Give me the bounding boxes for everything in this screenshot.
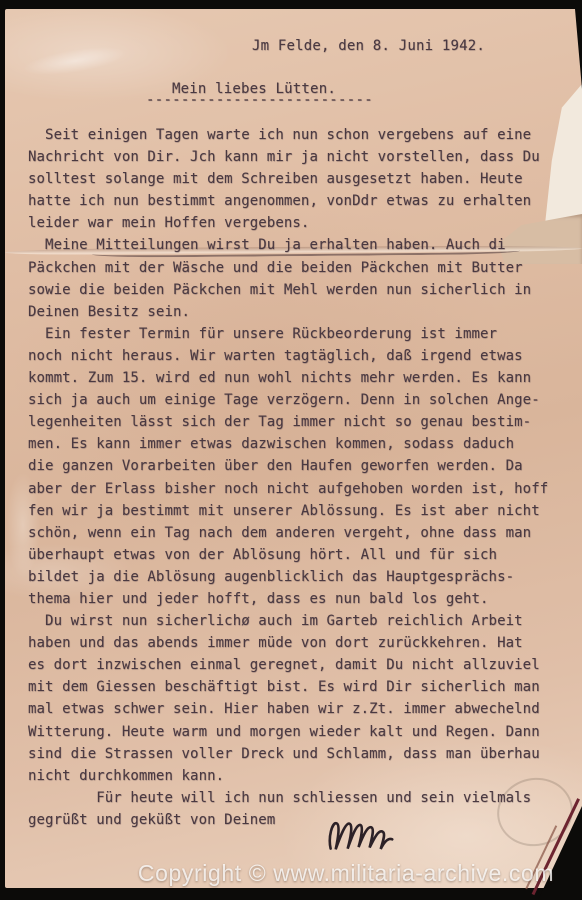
letter-line: hatte ich nun bestimmt angenommen, vonDd… xyxy=(28,190,576,212)
letter-line: men. Es kann immer etwas dazwischen komm… xyxy=(28,433,576,455)
letter-line: die ganzen Vorarbeiten über den Haufen g… xyxy=(28,455,576,477)
letter-line: kommt. Zum 15. wird ed nun wohl nichts m… xyxy=(28,367,576,389)
letter-line: aber der Erlass bisher noch nicht aufgeh… xyxy=(28,478,576,500)
signature-scribble xyxy=(325,811,397,861)
letter-line: mal etwas schwer sein. Hier haben wir z.… xyxy=(28,698,576,720)
letter-line: Ein fester Termin für unsere Rückbeorder… xyxy=(28,323,576,345)
letter-line: Deinen Besitz sein. xyxy=(28,301,576,323)
letter-line: sind die Strassen voller Dreck und Schla… xyxy=(28,743,576,765)
watermark-text: Copyright © www.militaria-archive.com xyxy=(110,860,582,887)
letter-line: mit dem Giessen beschäftigt bist. Es wir… xyxy=(28,676,576,698)
letter-line: noch nicht heraus. Wir warten tagtäglich… xyxy=(28,345,576,367)
letter-line: thema hier und jeder hofft, dass es nun … xyxy=(28,588,576,610)
letter-line: haben und das abends immer müde von dort… xyxy=(28,632,576,654)
letter-line: gegrüßt und geküßt von Deinem xyxy=(28,809,576,831)
letter-line: legenheiten lässt sich der Tag immer nic… xyxy=(28,411,576,433)
letter-line: Nachricht von Dir. Jch kann mir ja nicht… xyxy=(28,146,576,168)
letter-line: es dort inzwischen einmal geregnet, dami… xyxy=(28,654,576,676)
letter-line: leider war mein Hoffen vergebens. xyxy=(28,212,576,234)
letter-line: Seit einigen Tagen warte ich nun schon v… xyxy=(28,124,576,146)
letter-line: Du wirst nun sicherlichø auch im Garteb … xyxy=(28,610,576,632)
dateline: Jm Felde, den 8. Juni 1942. xyxy=(252,38,485,54)
letter-line: sich ja auch um einige Tage verzögern. D… xyxy=(28,389,576,411)
letter-line: bildet ja die Ablösung augenblicklich da… xyxy=(28,566,576,588)
salutation-underline: -------------------------- xyxy=(146,92,373,108)
letter-line: fen wir ja bestimmt mit unserer Ablössun… xyxy=(28,500,576,522)
letter-line: Witterung. Heute warm und morgen wieder … xyxy=(28,721,576,743)
letter-photo: Jm Felde, den 8. Juni 1942. Mein liebes … xyxy=(0,0,582,900)
letter-line: solltest solange mit dem Schreiben ausge… xyxy=(28,168,576,190)
typewritten-text-layer: Jm Felde, den 8. Juni 1942. Mein liebes … xyxy=(0,0,582,900)
letter-line: sowie die beiden Päckchen mit Mehl werde… xyxy=(28,279,576,301)
letter-body: Seit einigen Tagen warte ich nun schon v… xyxy=(28,124,576,831)
letter-line: Päckchen mit der Wäsche und die beiden P… xyxy=(28,257,576,279)
letter-line: überhaupt etwas von der Ablösung hört. A… xyxy=(28,544,576,566)
letter-line: nicht durchkommen kann. xyxy=(28,765,576,787)
letter-line: schön, wenn ein Tag nach dem anderen ver… xyxy=(28,522,576,544)
letter-line: Für heute will ich nun schliessen und se… xyxy=(28,787,576,809)
